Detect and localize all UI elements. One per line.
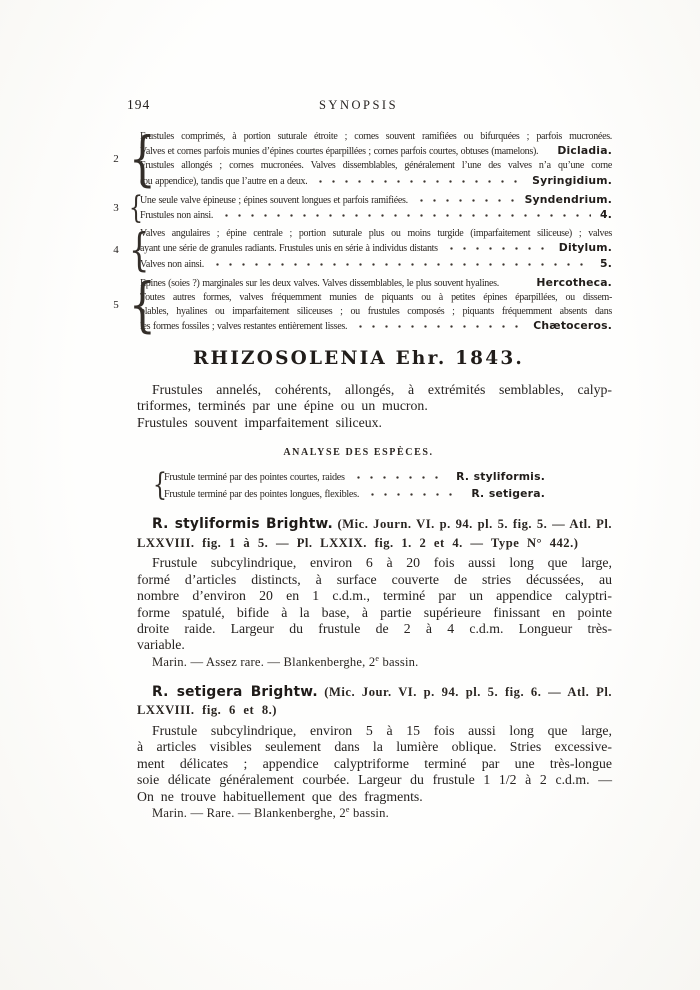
analyse-heading: ANALYSE DES ESPÈCES. xyxy=(105,447,612,458)
key-line: Frustules allongés ; cornes mucronées. V… xyxy=(140,159,612,173)
dichotomous-key: 2{Frustules comprimés, à portion sutural… xyxy=(105,130,612,335)
key-line: ayant une série de granules radiants. Fr… xyxy=(140,241,612,256)
species-citation: (Mic. Jour. VI. p. 94. pl. 5. fig. 6. — … xyxy=(324,685,612,699)
paragraph-line: Frustule subcylindrique, environ 5 à 15 … xyxy=(137,723,612,739)
key-entry-number: 4 xyxy=(105,244,127,256)
key-line: Epines (soies ?) marginales sur les deux… xyxy=(140,276,612,291)
species-citation: LXXVIII. fig. 1 à 5. — Pl. LXXIX. fig. 1… xyxy=(137,536,578,550)
key-line-text: Frustule terminé par des pointes longues… xyxy=(164,487,359,503)
key-line-text: Toutes autres formes, valves fréquemment… xyxy=(140,292,612,303)
species-heading-line: LXXVIII. fig. 1 à 5. — Pl. LXXIX. fig. 1… xyxy=(137,534,612,553)
key-line: Frustules non ainsi.4. xyxy=(140,208,612,223)
key-result-name: 5. xyxy=(596,257,612,271)
key-line: Frustule terminé par des pointes longues… xyxy=(164,486,545,503)
species-list: R. styliformis Brightw. (Mic. Journ. VI.… xyxy=(105,515,612,821)
key-line: Une seule valve épineuse ; épines souven… xyxy=(140,193,612,208)
paragraph-line: Frustules annelés, cohérents, allongés, … xyxy=(137,382,612,399)
key-entry-number: 3 xyxy=(105,202,127,214)
key-line-text: blables, hyalines ou imparfaitement sili… xyxy=(140,306,612,317)
key-result-name: Chætoceros. xyxy=(529,319,612,333)
key-line-text: Une seule valve épineuse ; épines souven… xyxy=(140,194,408,208)
dot-leader xyxy=(312,179,523,184)
key-result-name: Syringidium. xyxy=(528,174,612,188)
key-entry: 2{Frustules comprimés, à portion sutural… xyxy=(105,130,612,189)
key-entry-number: 2 xyxy=(105,153,127,165)
key-line-text: les formes fossiles ; valves restantes e… xyxy=(140,320,347,334)
key-line-text: Frustule terminé par des pointes courtes… xyxy=(164,470,345,486)
species-heading: R. setigera Brightw. (Mic. Jour. VI. p. … xyxy=(137,683,612,720)
key-entry-lines: Frustules comprimés, à portion suturale … xyxy=(140,130,612,189)
key-line: Valves et cornes parfois munies d’épines… xyxy=(140,144,612,159)
key-brace: { xyxy=(129,194,138,223)
key-entry: 5{Epines (soies ?) marginales sur les de… xyxy=(105,276,612,335)
dot-leader xyxy=(209,262,591,267)
key-line: Toutes autres formes, valves fréquemment… xyxy=(140,291,612,305)
dot-leader xyxy=(218,213,591,218)
key-line: Frustule terminé par des pointes courtes… xyxy=(164,469,545,486)
key-line-text: Valves angulaires ; épine centrale ; por… xyxy=(140,228,612,239)
paragraph-line: forme spatulé, bifide à la base, à parti… xyxy=(137,605,612,621)
key-line: Valves angulaires ; épine centrale ; por… xyxy=(140,227,612,241)
key-line: blables, hyalines ou imparfaitement sili… xyxy=(140,305,612,319)
paragraph-line: Frustules souvent imparfaitement siliceu… xyxy=(137,415,612,432)
paragraph-line: triformes, terminés par une épine ou un … xyxy=(137,398,612,415)
habitat-text: bassin. xyxy=(379,655,418,669)
species-analysis-key: {Frustule terminé par des pointes courte… xyxy=(151,469,545,502)
page-header: 194 SYNOPSIS xyxy=(105,97,612,115)
species-heading-line: LXXVIII. fig. 6 et 8.) xyxy=(137,701,612,720)
species-entry: R. styliformis Brightw. (Mic. Journ. VI.… xyxy=(137,515,612,670)
habitat-line: Marin. — Rare. — Blankenberghe, 2e bassi… xyxy=(152,805,612,821)
species-heading-line: R. styliformis Brightw. (Mic. Journ. VI.… xyxy=(137,515,612,534)
species-entry: R. setigera Brightw. (Mic. Jour. VI. p. … xyxy=(137,683,612,821)
paragraph-line: On ne trouve habituellement que des frag… xyxy=(137,789,612,805)
key-brace: { xyxy=(129,278,138,332)
dot-leader xyxy=(364,492,462,497)
key-line-text: Valves et cornes parfois munies d’épines… xyxy=(140,145,538,159)
key-entry: 3{Une seule valve épineuse ; épines souv… xyxy=(105,193,612,223)
key-entry: 4{Valves angulaires ; épine centrale ; p… xyxy=(105,227,612,272)
habitat-text: Marin. — Assez rare. — Blankenberghe, 2 xyxy=(152,655,375,669)
key-brace: { xyxy=(129,132,138,186)
dot-leader xyxy=(352,324,524,329)
key-line-text: Frustules non ainsi. xyxy=(140,209,213,223)
key-result-name: 4. xyxy=(596,208,612,222)
genus-description: Frustules annelés, cohérents, allongés, … xyxy=(137,382,612,432)
key-brace: { xyxy=(153,471,162,500)
paragraph-line: nombre d’environ 20 en 1 c.d.m., terminé… xyxy=(137,588,612,604)
paragraph-line: à articles visibles seulement dans la lu… xyxy=(137,739,612,755)
key-result-name: Hercotheca. xyxy=(532,276,612,290)
key-line: Valves non ainsi.5. xyxy=(140,257,612,272)
paragraph-line: Frustule subcylindrique, environ 6 à 20 … xyxy=(137,555,612,571)
book-page: 194 SYNOPSIS 2{Frustules comprimés, à po… xyxy=(0,0,700,990)
key-entry-lines: Epines (soies ?) marginales sur les deux… xyxy=(140,276,612,335)
dot-leader xyxy=(350,475,447,480)
species-heading-line: R. setigera Brightw. (Mic. Jour. VI. p. … xyxy=(137,683,612,702)
key-line-text: Epines (soies ?) marginales sur les deux… xyxy=(140,277,499,291)
dot-leader xyxy=(413,198,516,203)
genus-heading: RHIZOSOLENIA Ehr. 1843. xyxy=(105,348,612,369)
key-line-text: Frustules allongés ; cornes mucronées. V… xyxy=(140,160,612,171)
habitat-text: Marin. — Rare. — Blankenberghe, 2 xyxy=(152,806,346,820)
species-heading: R. styliformis Brightw. (Mic. Journ. VI.… xyxy=(137,515,612,552)
running-title: SYNOPSIS xyxy=(105,98,612,113)
paragraph-line: formé d’articles distincts, à surface co… xyxy=(137,572,612,588)
key-entry-lines: Une seule valve épineuse ; épines souven… xyxy=(140,193,612,223)
key-line-text: ayant une série de granules radiants. Fr… xyxy=(140,242,438,256)
key-brace: { xyxy=(129,229,138,270)
paragraph-line: soie délicate généralement courbée. Larg… xyxy=(137,772,612,788)
habitat-line: Marin. — Assez rare. — Blankenberghe, 2e… xyxy=(152,654,612,670)
paragraph-line: droite raide. Largeur du frustule de 2 à… xyxy=(137,621,612,637)
key-line: (ou appendice), tandis que l’autre en a … xyxy=(140,174,612,189)
key-result-name: R. setigera. xyxy=(467,486,545,502)
key-line-text: (ou appendice), tandis que l’autre en a … xyxy=(140,175,307,189)
species-description: Frustule subcylindrique, environ 6 à 20 … xyxy=(137,555,612,653)
key-line: les formes fossiles ; valves restantes e… xyxy=(140,319,612,334)
paragraph-line: ment délicates ; appendice calyptriforme… xyxy=(137,756,612,772)
species-citation: (Mic. Journ. VI. p. 94. pl. 5. fig. 5. —… xyxy=(338,517,612,531)
key-result-name: Ditylum. xyxy=(555,241,612,255)
paragraph-line: variable. xyxy=(137,637,612,653)
species-name: R. styliformis Brightw. xyxy=(152,516,333,532)
key-entry-lines: Valves angulaires ; épine centrale ; por… xyxy=(140,227,612,272)
key-result-name: R. styliformis. xyxy=(452,469,545,485)
key-line: Frustules comprimés, à portion suturale … xyxy=(140,130,612,144)
key-entry-lines: Frustule terminé par des pointes courtes… xyxy=(164,469,545,502)
species-description: Frustule subcylindrique, environ 5 à 15 … xyxy=(137,723,612,805)
species-name: R. setigera Brightw. xyxy=(152,684,318,700)
species-citation: LXXVIII. fig. 6 et 8.) xyxy=(137,703,277,717)
key-entry-number: 5 xyxy=(105,299,127,311)
key-result-name: Dicladia. xyxy=(553,144,612,158)
dot-leader xyxy=(443,246,550,251)
habitat-text: bassin. xyxy=(350,806,389,820)
key-result-name: Syndendrium. xyxy=(521,193,612,207)
key-line-text: Frustules comprimés, à portion suturale … xyxy=(140,131,612,142)
